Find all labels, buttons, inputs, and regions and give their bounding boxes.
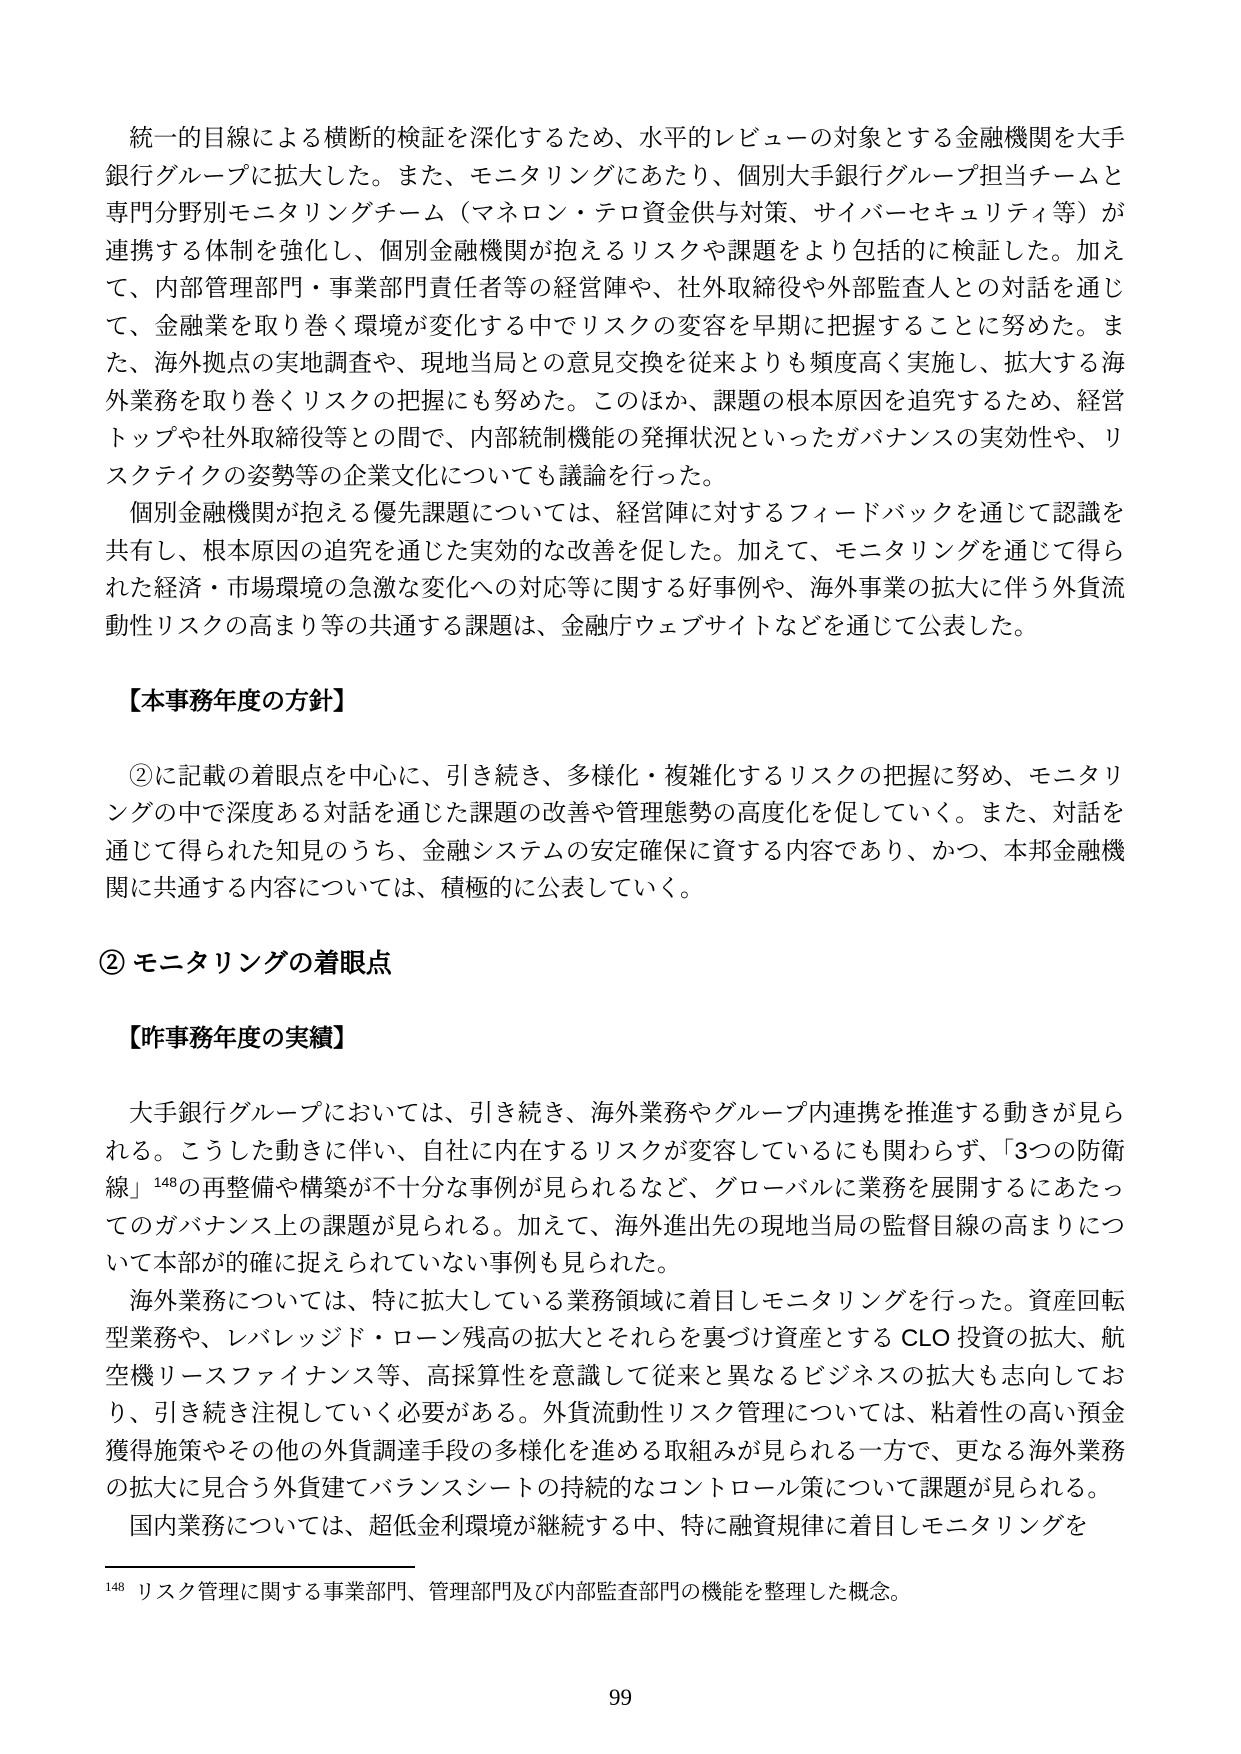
footnote-section: 148リスク管理に関する事業部門、管理部門及び内部監査部門の機能を整理した概念。 — [105, 1566, 1125, 1606]
paragraph-domestic-business: 国内業務については、超低金利環境が継続する中、特に融資規律に着目しモニタリングを — [105, 1508, 1125, 1546]
paragraph-overseas-business: 海外業務については、特に拡大している業務領域に着目しモニタリングを行った。資産回… — [105, 1283, 1125, 1508]
footnote-separator-rule — [105, 1566, 415, 1568]
footnote-reference-148: 148 — [154, 1174, 177, 1190]
footnote-148: 148リスク管理に関する事業部門、管理部門及び内部監査部門の機能を整理した概念。 — [105, 1578, 1125, 1606]
heading-current-year-policy: 【本事務年度の方針】 — [105, 683, 1125, 721]
footnote-148-text: リスク管理に関する事業部門、管理部門及び内部監査部門の機能を整理した概念。 — [135, 1580, 912, 1604]
paragraph-major-bank-groups-continued: の再整備や構築が不十分な事例が見られるなど、グローバルに業務を展開するにあたって… — [105, 1175, 1125, 1277]
paragraph-policy-detail: ②に記載の着眼点を中心に、引き続き、多様化・複雑化するリスクの把握に努め、モニタ… — [105, 758, 1125, 908]
paragraph-feedback-publication: 個別金融機関が抱える優先課題については、経営陣に対するフィードバックを通じて認識… — [105, 495, 1125, 645]
document-page: 統一的目線による横断的検証を深化するため、水平的レビューの対象とする金融機関を大… — [0, 0, 1241, 1754]
paragraph-major-bank-groups: 大手銀行グループにおいては、引き続き、海外業務やグループ内連携を推進する動きが見… — [105, 1095, 1125, 1283]
footnote-148-number: 148 — [105, 1579, 125, 1594]
heading-section2-monitoring-focus: ② モニタリングの着眼点 — [99, 945, 1125, 983]
paragraph-monitoring-overview: 統一的目線による横断的検証を深化するため、水平的レビューの対象とする金融機関を大… — [105, 120, 1125, 495]
document-body: 統一的目線による横断的検証を深化するため、水平的レビューの対象とする金融機関を大… — [105, 120, 1125, 1545]
page-number: 99 — [0, 1684, 1241, 1712]
heading-previous-year-results: 【昨事務年度の実績】 — [105, 1020, 1125, 1058]
